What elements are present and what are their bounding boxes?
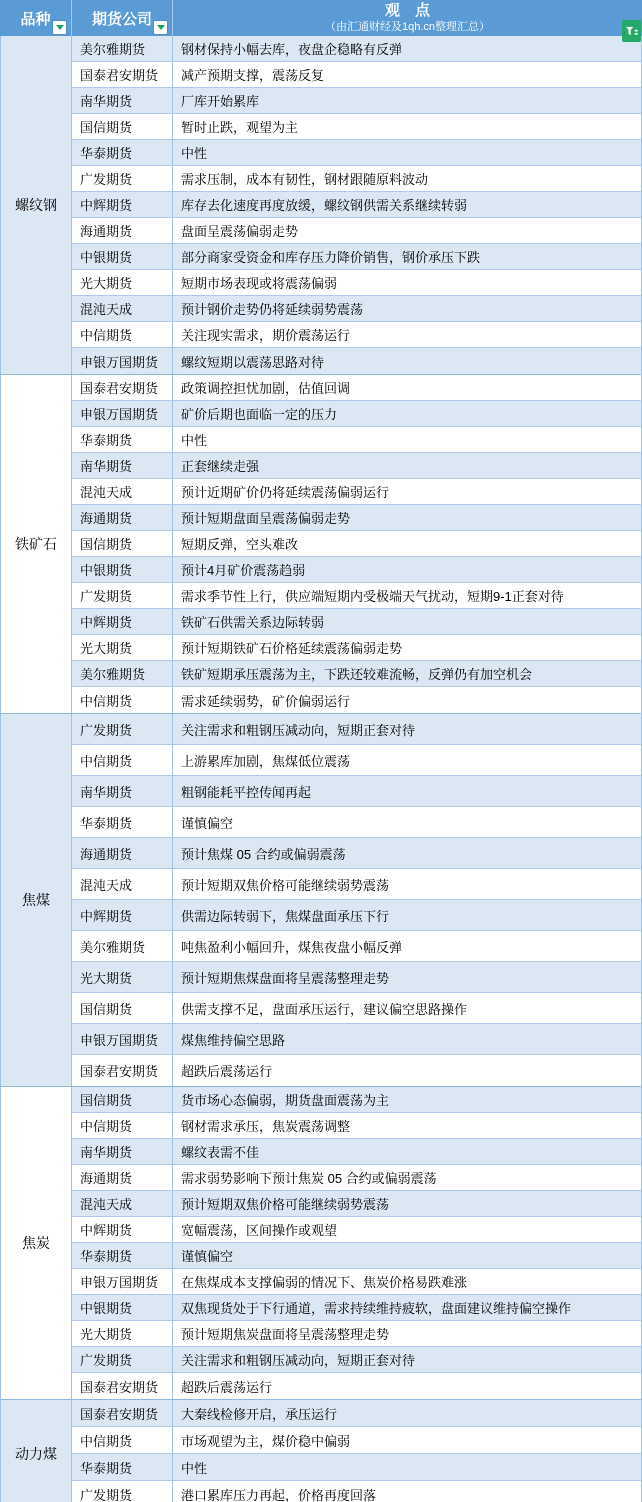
company-cell-text: 广发期货 [80, 720, 132, 739]
view-cell[interactable]: 关注现实需求，期价震荡运行 [173, 322, 641, 347]
view-cell-text: 需求延续弱势，矿价偏弱运行 [181, 691, 350, 710]
company-cell-text: 国泰君安期货 [80, 1377, 158, 1396]
company-cell-text: 光大期货 [80, 968, 132, 987]
company-cell[interactable]: 中辉期货 [72, 1217, 173, 1242]
company-cell-text: 美尔雅期货 [80, 937, 145, 956]
variety-label: 焦煤 [22, 890, 50, 910]
table-row: 国信期货 供需支撑不足，盘面承压运行，建议偏空思路操作 [72, 993, 641, 1024]
table-row: 广发期货 港口累库压力再起，价格再度回落 [72, 1481, 641, 1502]
table-row: 华泰期货 中性 [72, 427, 641, 453]
company-cell[interactable]: 华泰期货 [72, 427, 173, 452]
view-cell[interactable]: 预计短期双焦价格可能继续弱势震荡 [173, 869, 641, 899]
company-cell-text: 华泰期货 [80, 1458, 132, 1477]
view-cell[interactable]: 减产预期支撑，震荡反复 [173, 62, 641, 87]
view-cell-text: 短期市场表现或将震荡偏弱 [181, 273, 337, 292]
table-row: 海通期货 盘面呈震荡偏弱走势 [72, 218, 641, 244]
company-cell-text: 国信期货 [80, 534, 132, 553]
table-row: 海通期货 需求弱势影响下预计焦炭 05 合约或偏弱震荡 [72, 1165, 641, 1191]
company-cell-text: 中辉期货 [80, 1220, 132, 1239]
company-cell-text: 光大期货 [80, 273, 132, 292]
view-cell[interactable]: 中性 [173, 140, 641, 165]
view-cell-text: 预计近期矿价仍将延续震荡偏弱运行 [181, 482, 389, 501]
table-row: 中银期货 部分商家受资金和库存压力降价销售，钢价承压下跌 [72, 244, 641, 270]
view-cell-text: 上游累库加剧，焦煤低位震荡 [181, 751, 350, 770]
view-cell[interactable]: 铁矿短期承压震荡为主，下跌还较难流畅，反弹仍有加空机会 [173, 661, 641, 686]
company-cell[interactable]: 华泰期货 [72, 1243, 173, 1268]
table-row: 中辉期货 库存去化速度再度放缓，螺纹钢供需关系继续转弱 [72, 192, 641, 218]
view-cell[interactable]: 大秦线检修开启，承压运行 [173, 1400, 641, 1426]
view-cell[interactable]: 超跌后震荡运行 [173, 1055, 641, 1086]
view-cell[interactable]: 短期市场表现或将震荡偏弱 [173, 270, 641, 295]
view-cell[interactable]: 预计短期双焦价格可能继续弱势震荡 [173, 1191, 641, 1216]
view-cell[interactable]: 吨焦盈利小幅回升，煤焦夜盘小幅反弹 [173, 931, 641, 961]
table-row: 中银期货 预计4月矿价震荡趋弱 [72, 557, 641, 583]
table-row: 海通期货 预计焦煤 05 合约或偏弱震荡 [72, 838, 641, 869]
company-cell[interactable]: 美尔雅期货 [72, 661, 173, 686]
table-row: 国泰君安期货 政策调控担忧加剧，估值回调 [72, 375, 641, 401]
company-cell-text: 中辉期货 [80, 195, 132, 214]
view-cell[interactable]: 双焦现货处于下行通道，需求持续维持疲软，盘面建议维持偏空操作 [173, 1295, 641, 1320]
company-cell-text: 混沌天成 [80, 482, 132, 501]
commodity-group: 螺纹钢 美尔雅期货 钢材保持小幅去库，夜盘企稳略有反弹 国泰君安期货 减产预期支… [1, 36, 641, 375]
view-cell[interactable]: 谨慎偏空 [173, 1243, 641, 1268]
company-cell-text: 美尔雅期货 [80, 39, 145, 58]
view-cell[interactable]: 厂库开始累库 [173, 88, 641, 113]
view-cell-text: 超跌后震荡运行 [181, 1061, 272, 1080]
view-cell[interactable]: 预计焦煤 05 合约或偏弱震荡 [173, 838, 641, 868]
company-cell[interactable]: 光大期货 [72, 270, 173, 295]
company-cell-text: 中银期货 [80, 247, 132, 266]
view-cell-text: 正套继续走强 [181, 456, 259, 475]
view-cell[interactable]: 在焦煤成本支撑偏弱的情况下、焦炭价格易跌难涨 [173, 1269, 641, 1294]
table-row: 混沌天成 预计近期矿价仍将延续震荡偏弱运行 [72, 479, 641, 505]
table-row: 申银万国期货 煤焦维持偏空思路 [72, 1024, 641, 1055]
view-cell-text: 预计短期双焦价格可能继续弱势震荡 [181, 875, 389, 894]
company-cell[interactable]: 南华期货 [72, 1139, 173, 1164]
table-row: 光大期货 短期市场表现或将震荡偏弱 [72, 270, 641, 296]
view-cell-text: 中性 [181, 430, 207, 449]
view-cell[interactable]: 预计钢价走势仍将延续弱势震荡 [173, 296, 641, 321]
company-cell-text: 中银期货 [80, 560, 132, 579]
view-cell[interactable]: 需求季节性上行，供应端短期内受极端天气扰动，短期9-1正套对待 [173, 583, 641, 608]
view-cell[interactable]: 预计短期盘面呈震荡偏弱走势 [173, 505, 641, 530]
company-cell[interactable]: 中银期货 [72, 1295, 173, 1320]
variety-label: 螺纹钢 [15, 195, 57, 215]
view-cell[interactable]: 部分商家受资金和库存压力降价销售，钢价承压下跌 [173, 244, 641, 269]
company-cell-text: 中信期货 [80, 325, 132, 344]
company-cell-text: 国信期货 [80, 117, 132, 136]
view-cell-text: 部分商家受资金和库存压力降价销售，钢价承压下跌 [181, 247, 480, 266]
chevron-down-icon [56, 25, 64, 30]
table-row: 海通期货 预计短期盘面呈震荡偏弱走势 [72, 505, 641, 531]
header-company-cell[interactable]: 期货公司 [72, 0, 173, 36]
view-cell-text: 预计钢价走势仍将延续弱势震荡 [181, 299, 363, 318]
table-row: 中辉期货 供需边际转弱下，焦煤盘面承压下行 [72, 900, 641, 931]
table-row: 光大期货 预计短期铁矿石价格延续震荡偏弱走势 [72, 635, 641, 661]
view-cell-text: 需求季节性上行，供应端短期内受极端天气扰动，短期9-1正套对待 [181, 586, 564, 605]
variety-label: 焦炭 [22, 1233, 50, 1253]
company-cell-text: 光大期货 [80, 1324, 132, 1343]
view-cell-text: 双焦现货处于下行通道，需求持续维持疲软，盘面建议维持偏空操作 [181, 1298, 571, 1317]
company-cell[interactable]: 混沌天成 [72, 1191, 173, 1216]
view-cell[interactable]: 预计短期焦炭盘面将呈震荡整理走势 [173, 1321, 641, 1346]
table-row: 广发期货 需求季节性上行，供应端短期内受极端天气扰动，短期9-1正套对待 [72, 583, 641, 609]
variety-cell[interactable]: 焦炭 [1, 1087, 72, 1399]
view-cell[interactable]: 钢材保持小幅去库，夜盘企稳略有反弹 [173, 36, 641, 61]
company-cell[interactable]: 中辉期货 [72, 609, 173, 634]
view-cell-text: 大秦线检修开启，承压运行 [181, 1404, 337, 1423]
company-cell[interactable]: 南华期货 [72, 88, 173, 113]
table-row: 混沌天成 预计短期双焦价格可能继续弱势震荡 [72, 869, 641, 900]
company-cell[interactable]: 华泰期货 [72, 1454, 173, 1480]
table-row: 中信期货 钢材需求承压，焦炭震荡调整 [72, 1113, 641, 1139]
table-row: 国信期货 暂时止跌，观望为主 [72, 114, 641, 140]
variety-cell[interactable]: 动力煤 [1, 1400, 72, 1502]
company-cell-text: 中银期货 [80, 1298, 132, 1317]
chevron-down-icon [157, 25, 165, 30]
company-cell[interactable]: 广发期货 [72, 1347, 173, 1372]
company-cell[interactable]: 中信期货 [72, 1113, 173, 1138]
view-cell[interactable]: 市场观望为主，煤价稳中偏弱 [173, 1427, 641, 1453]
view-cell-text: 螺纹表需不佳 [181, 1142, 259, 1161]
company-cell-text: 广发期货 [80, 169, 132, 188]
company-cell[interactable]: 光大期货 [72, 635, 173, 660]
view-cell-text: 谨慎偏空 [181, 1246, 233, 1265]
company-cell[interactable]: 美尔雅期货 [72, 36, 173, 61]
variety-label: 动力煤 [15, 1444, 57, 1464]
company-cell-text: 海通期货 [80, 1168, 132, 1187]
table-row: 国泰君安期货 大秦线检修开启，承压运行 [72, 1400, 641, 1427]
table-row: 华泰期货 中性 [72, 1454, 641, 1481]
company-cell[interactable]: 海通期货 [72, 1165, 173, 1190]
group-rows: 广发期货 关注需求和粗钢压减动向，短期正套对待 中信期货 上游累库加剧，焦煤低位… [72, 714, 641, 1086]
company-cell-text: 中信期货 [80, 1431, 132, 1450]
view-cell-text: 预计短期焦煤盘面将呈震荡整理走势 [181, 968, 389, 987]
company-cell-text: 华泰期货 [80, 430, 132, 449]
company-cell[interactable]: 国信期货 [72, 114, 173, 139]
company-cell[interactable]: 国泰君安期货 [72, 62, 173, 87]
company-cell-text: 美尔雅期货 [80, 664, 145, 683]
view-cell-text: 关注需求和粗钢压减动向，短期正套对待 [181, 720, 415, 739]
view-cell-text: 预计短期焦炭盘面将呈震荡整理走势 [181, 1324, 389, 1343]
view-cell[interactable]: 货市场心态偏弱，期货盘面震荡为主 [173, 1087, 641, 1112]
company-cell[interactable]: 中辉期货 [72, 192, 173, 217]
header-view-subtitle: （由汇通财经及1qh.cn整理汇总） [325, 21, 490, 34]
company-cell[interactable]: 华泰期货 [72, 807, 173, 837]
view-cell[interactable]: 预计近期矿价仍将延续震荡偏弱运行 [173, 479, 641, 504]
variety-cell[interactable]: 铁矿石 [1, 375, 72, 713]
company-cell-text: 南华期货 [80, 1142, 132, 1161]
view-cell-text: 减产预期支撑，震荡反复 [181, 65, 324, 84]
view-cell[interactable]: 超跌后震荡运行 [173, 1373, 641, 1399]
table-row: 中信期货 关注现实需求，期价震荡运行 [72, 322, 641, 348]
view-cell-text: 盘面呈震荡偏弱走势 [181, 221, 298, 240]
view-cell-text: 预计短期盘面呈震荡偏弱走势 [181, 508, 350, 527]
commodity-group: 铁矿石 国泰君安期货 政策调控担忧加剧，估值回调 申银万国期货 矿价后期也面临一… [1, 375, 641, 714]
company-cell-text: 申银万国期货 [80, 1272, 158, 1291]
company-cell-text: 光大期货 [80, 638, 132, 657]
company-cell[interactable]: 中银期货 [72, 557, 173, 582]
view-cell-text: 宽幅震荡，区间操作或观望 [181, 1220, 337, 1239]
company-cell[interactable]: 广发期货 [72, 1481, 173, 1502]
table-row: 南华期货 正套继续走强 [72, 453, 641, 479]
company-cell[interactable]: 国信期货 [72, 1087, 173, 1112]
table-row: 中信期货 需求延续弱势，矿价偏弱运行 [72, 687, 641, 713]
view-cell-text: 暂时止跌，观望为主 [181, 117, 298, 136]
company-cell[interactable]: 混沌天成 [72, 296, 173, 321]
commodity-group: 焦炭 国信期货 货市场心态偏弱，期货盘面震荡为主 中信期货 钢材需求承压，焦炭震… [1, 1087, 641, 1400]
view-cell-text: 政策调控担忧加剧，估值回调 [181, 378, 350, 397]
spreadsheet: 品种 期货公司 观 点 （由汇通财经及1qh.cn整理汇总） 螺纹钢 [0, 0, 642, 1502]
view-cell[interactable]: 供需边际转弱下，焦煤盘面承压下行 [173, 900, 641, 930]
company-cell-text: 广发期货 [80, 586, 132, 605]
table-row: 广发期货 关注需求和粗钢压减动向，短期正套对待 [72, 714, 641, 745]
company-cell-text: 混沌天成 [80, 1194, 132, 1213]
company-cell[interactable]: 光大期货 [72, 962, 173, 992]
table-row: 美尔雅期货 钢材保持小幅去库，夜盘企稳略有反弹 [72, 36, 641, 62]
company-cell[interactable]: 中信期货 [72, 745, 173, 775]
company-cell-text: 申银万国期货 [80, 1030, 158, 1049]
table-row: 光大期货 预计短期焦煤盘面将呈震荡整理走势 [72, 962, 641, 993]
view-cell[interactable]: 矿价后期也面临一定的压力 [173, 401, 641, 426]
company-cell-text: 国泰君安期货 [80, 378, 158, 397]
table-row: 光大期货 预计短期焦炭盘面将呈震荡整理走势 [72, 1321, 641, 1347]
table-row: 华泰期货 谨慎偏空 [72, 1243, 641, 1269]
view-cell-text: 需求压制，成本有韧性，钢材跟随原料波动 [181, 169, 428, 188]
company-cell-text: 中信期货 [80, 1116, 132, 1135]
view-cell[interactable]: 暂时止跌，观望为主 [173, 114, 641, 139]
table-row: 美尔雅期货 吨焦盈利小幅回升，煤焦夜盘小幅反弹 [72, 931, 641, 962]
company-cell-text: 南华期货 [80, 782, 132, 801]
variety-cell[interactable]: 焦煤 [1, 714, 72, 1086]
table-row: 混沌天成 预计短期双焦价格可能继续弱势震荡 [72, 1191, 641, 1217]
table-row: 国泰君安期货 减产预期支撑，震荡反复 [72, 62, 641, 88]
view-cell-text: 预计4月矿价震荡趋弱 [181, 560, 305, 579]
view-cell[interactable]: 螺纹短期以震荡思路对待 [173, 348, 641, 374]
view-cell-text: 钢材保持小幅去库，夜盘企稳略有反弹 [181, 39, 402, 58]
company-cell-text: 申银万国期货 [80, 404, 158, 423]
company-cell[interactable]: 申银万国期货 [72, 401, 173, 426]
view-cell[interactable]: 中性 [173, 427, 641, 452]
table-row: 申银万国期货 矿价后期也面临一定的压力 [72, 401, 641, 427]
company-cell[interactable]: 申银万国期货 [72, 1024, 173, 1054]
table-row: 混沌天成 预计钢价走势仍将延续弱势震荡 [72, 296, 641, 322]
view-cell-text: 螺纹短期以震荡思路对待 [181, 352, 324, 371]
view-cell-text: 供需边际转弱下，焦煤盘面承压下行 [181, 906, 389, 925]
commodity-group: 焦煤 广发期货 关注需求和粗钢压减动向，短期正套对待 中信期货 上游累库加剧，焦… [1, 714, 641, 1087]
table-row: 中辉期货 宽幅震荡，区间操作或观望 [72, 1217, 641, 1243]
table-row: 申银万国期货 螺纹短期以震荡思路对待 [72, 348, 641, 374]
company-cell-text: 中辉期货 [80, 612, 132, 631]
company-cell-text: 南华期货 [80, 456, 132, 475]
table-row: 国泰君安期货 超跌后震荡运行 [72, 1055, 641, 1086]
view-cell[interactable]: 库存去化速度再度放缓，螺纹钢供需关系继续转弱 [173, 192, 641, 217]
view-cell[interactable]: 需求延续弱势，矿价偏弱运行 [173, 687, 641, 713]
company-cell-text: 申银万国期货 [80, 352, 158, 371]
view-cell-text: 谨慎偏空 [181, 813, 233, 832]
view-cell[interactable]: 预计短期铁矿石价格延续震荡偏弱走势 [173, 635, 641, 660]
view-cell[interactable]: 宽幅震荡，区间操作或观望 [173, 1217, 641, 1242]
group-rows: 国泰君安期货 大秦线检修开启，承压运行 中信期货 市场观望为主，煤价稳中偏弱 华… [72, 1400, 641, 1502]
view-cell-text: 库存去化速度再度放缓，螺纹钢供需关系继续转弱 [181, 195, 467, 214]
company-cell-text: 中信期货 [80, 751, 132, 770]
funnel-icon [624, 24, 639, 39]
company-cell[interactable]: 国泰君安期货 [72, 375, 173, 400]
view-cell-text: 超跌后震荡运行 [181, 1377, 272, 1396]
table-row: 华泰期货 谨慎偏空 [72, 807, 641, 838]
view-cell-text: 在焦煤成本支撑偏弱的情况下、焦炭价格易跌难涨 [181, 1272, 467, 1291]
company-cell[interactable]: 海通期货 [72, 505, 173, 530]
view-cell[interactable]: 螺纹表需不佳 [173, 1139, 641, 1164]
company-cell[interactable]: 国信期货 [72, 531, 173, 556]
view-cell[interactable]: 钢材需求承压，焦炭震荡调整 [173, 1113, 641, 1138]
view-cell-text: 铁矿石供需关系边际转弱 [181, 612, 324, 631]
view-cell[interactable]: 供需支撑不足，盘面承压运行，建议偏空思路操作 [173, 993, 641, 1023]
view-cell-text: 钢材需求承压，焦炭震荡调整 [181, 1116, 350, 1135]
view-cell[interactable]: 盘面呈震荡偏弱走势 [173, 218, 641, 243]
company-cell[interactable]: 中银期货 [72, 244, 173, 269]
header-variety-label: 品种 [20, 8, 50, 29]
company-cell[interactable]: 中信期货 [72, 1427, 173, 1453]
company-cell[interactable]: 中辉期货 [72, 900, 173, 930]
table-row: 南华期货 粗钢能耗平控传闻再起 [72, 776, 641, 807]
view-cell-text: 需求弱势影响下预计焦炭 05 合约或偏弱震荡 [181, 1168, 437, 1187]
company-filter-button[interactable] [154, 21, 167, 34]
variety-label: 铁矿石 [15, 534, 57, 554]
header-view-title: 观 点 [385, 2, 430, 20]
company-cell[interactable]: 申银万国期货 [72, 348, 173, 374]
company-cell[interactable]: 中信期货 [72, 322, 173, 347]
table-row: 申银万国期货 在焦煤成本支撑偏弱的情况下、焦炭价格易跌难涨 [72, 1269, 641, 1295]
table-row: 广发期货 关注需求和粗钢压减动向，短期正套对待 [72, 1347, 641, 1373]
company-cell[interactable]: 国泰君安期货 [72, 1400, 173, 1426]
table-row: 国信期货 货市场心态偏弱，期货盘面震荡为主 [72, 1087, 641, 1113]
view-cell-text: 预计焦煤 05 合约或偏弱震荡 [181, 844, 346, 863]
header-company-label: 期货公司 [92, 8, 152, 29]
view-cell[interactable]: 关注需求和粗钢压减动向，短期正套对待 [173, 1347, 641, 1372]
view-cell[interactable]: 预计短期焦煤盘面将呈震荡整理走势 [173, 962, 641, 992]
view-cell-text: 市场观望为主，煤价稳中偏弱 [181, 1431, 350, 1450]
table-row: 广发期货 需求压制，成本有韧性，钢材跟随原料波动 [72, 166, 641, 192]
view-cell[interactable]: 谨慎偏空 [173, 807, 641, 837]
company-cell[interactable]: 广发期货 [72, 583, 173, 608]
table-row: 国信期货 短期反弹，空头难改 [72, 531, 641, 557]
variety-cell[interactable]: 螺纹钢 [1, 36, 72, 374]
view-cell[interactable]: 上游累库加剧，焦煤低位震荡 [173, 745, 641, 775]
company-cell[interactable]: 南华期货 [72, 776, 173, 806]
view-cell-text: 短期反弹，空头难改 [181, 534, 298, 553]
view-cell[interactable]: 需求弱势影响下预计焦炭 05 合约或偏弱震荡 [173, 1165, 641, 1190]
company-cell-text: 中信期货 [80, 691, 132, 710]
company-cell-text: 国信期货 [80, 999, 132, 1018]
view-cell-text: 矿价后期也面临一定的压力 [181, 404, 337, 423]
view-cell[interactable]: 煤焦维持偏空思路 [173, 1024, 641, 1054]
company-cell[interactable]: 申银万国期货 [72, 1269, 173, 1294]
view-cell-text: 中性 [181, 143, 207, 162]
company-cell-text: 南华期货 [80, 91, 132, 110]
table-row: 中银期货 双焦现货处于下行通道，需求持续维持疲软，盘面建议维持偏空操作 [72, 1295, 641, 1321]
company-cell[interactable]: 美尔雅期货 [72, 931, 173, 961]
company-cell-text: 海通期货 [80, 844, 132, 863]
view-cell-text: 关注现实需求，期价震荡运行 [181, 325, 350, 344]
company-cell-text: 国泰君安期货 [80, 65, 158, 84]
view-cell[interactable]: 短期反弹，空头难改 [173, 531, 641, 556]
company-cell-text: 国泰君安期货 [80, 1061, 158, 1080]
group-rows: 国泰君安期货 政策调控担忧加剧，估值回调 申银万国期货 矿价后期也面临一定的压力… [72, 375, 641, 713]
company-cell-text: 广发期货 [80, 1485, 132, 1502]
company-cell-text: 海通期货 [80, 508, 132, 527]
view-cell-text: 货市场心态偏弱，期货盘面震荡为主 [181, 1090, 389, 1109]
company-cell-text: 海通期货 [80, 221, 132, 240]
company-cell-text: 混沌天成 [80, 875, 132, 894]
company-cell[interactable]: 广发期货 [72, 166, 173, 191]
view-cell-text: 厂库开始累库 [181, 91, 259, 110]
view-cell-text: 中性 [181, 1458, 207, 1477]
view-cell-text: 关注需求和粗钢压减动向，短期正套对待 [181, 1350, 415, 1369]
view-cell[interactable]: 粗钢能耗平控传闻再起 [173, 776, 641, 806]
company-cell-text: 华泰期货 [80, 143, 132, 162]
view-cell[interactable]: 预计4月矿价震荡趋弱 [173, 557, 641, 582]
header-view-cell[interactable]: 观 点 （由汇通财经及1qh.cn整理汇总） [173, 0, 642, 36]
view-cell[interactable]: 关注需求和粗钢压减动向，短期正套对待 [173, 714, 641, 744]
company-cell[interactable]: 混沌天成 [72, 869, 173, 899]
table-row: 华泰期货 中性 [72, 140, 641, 166]
company-cell-text: 国信期货 [80, 1090, 132, 1109]
view-cell[interactable]: 政策调控担忧加剧，估值回调 [173, 375, 641, 400]
company-cell[interactable]: 南华期货 [72, 453, 173, 478]
company-cell-text: 华泰期货 [80, 813, 132, 832]
company-cell[interactable]: 中信期货 [72, 687, 173, 713]
filter-funnel-button[interactable] [622, 20, 641, 42]
company-cell[interactable]: 光大期货 [72, 1321, 173, 1346]
table-row: 中信期货 上游累库加剧，焦煤低位震荡 [72, 745, 641, 776]
view-cell[interactable]: 铁矿石供需关系边际转弱 [173, 609, 641, 634]
company-cell[interactable]: 混沌天成 [72, 479, 173, 504]
view-cell-text: 煤焦维持偏空思路 [181, 1030, 285, 1049]
view-cell-text: 粗钢能耗平控传闻再起 [181, 782, 311, 801]
company-cell[interactable]: 广发期货 [72, 714, 173, 744]
view-cell[interactable]: 需求压制，成本有韧性，钢材跟随原料波动 [173, 166, 641, 191]
view-cell[interactable]: 港口累库压力再起，价格再度回落 [173, 1481, 641, 1502]
company-cell[interactable]: 国信期货 [72, 993, 173, 1023]
company-cell[interactable]: 海通期货 [72, 838, 173, 868]
company-cell[interactable]: 国泰君安期货 [72, 1055, 173, 1086]
table-body: 螺纹钢 美尔雅期货 钢材保持小幅去库，夜盘企稳略有反弹 国泰君安期货 减产预期支… [0, 36, 642, 1502]
view-cell[interactable]: 正套继续走强 [173, 453, 641, 478]
variety-filter-button[interactable] [53, 21, 66, 34]
company-cell-text: 混沌天成 [80, 299, 132, 318]
commodity-group: 动力煤 国泰君安期货 大秦线检修开启，承压运行 中信期货 市场观望为主，煤价稳中… [1, 1400, 641, 1502]
table-row: 南华期货 螺纹表需不佳 [72, 1139, 641, 1165]
view-cell-text: 供需支撑不足，盘面承压运行，建议偏空思路操作 [181, 999, 467, 1018]
company-cell-text: 华泰期货 [80, 1246, 132, 1265]
view-cell-text: 预计短期双焦价格可能继续弱势震荡 [181, 1194, 389, 1213]
company-cell-text: 广发期货 [80, 1350, 132, 1369]
company-cell-text: 国泰君安期货 [80, 1404, 158, 1423]
table-row: 中信期货 市场观望为主，煤价稳中偏弱 [72, 1427, 641, 1454]
view-cell[interactable]: 中性 [173, 1454, 641, 1480]
table-header: 品种 期货公司 观 点 （由汇通财经及1qh.cn整理汇总） [0, 0, 642, 36]
company-cell[interactable]: 华泰期货 [72, 140, 173, 165]
view-cell-text: 港口累库压力再起，价格再度回落 [181, 1485, 376, 1502]
table-row: 国泰君安期货 超跌后震荡运行 [72, 1373, 641, 1399]
header-variety-cell[interactable]: 品种 [0, 0, 72, 36]
company-cell-text: 中辉期货 [80, 906, 132, 925]
group-rows: 国信期货 货市场心态偏弱，期货盘面震荡为主 中信期货 钢材需求承压，焦炭震荡调整… [72, 1087, 641, 1399]
company-cell[interactable]: 海通期货 [72, 218, 173, 243]
company-cell[interactable]: 国泰君安期货 [72, 1373, 173, 1399]
table-row: 南华期货 厂库开始累库 [72, 88, 641, 114]
